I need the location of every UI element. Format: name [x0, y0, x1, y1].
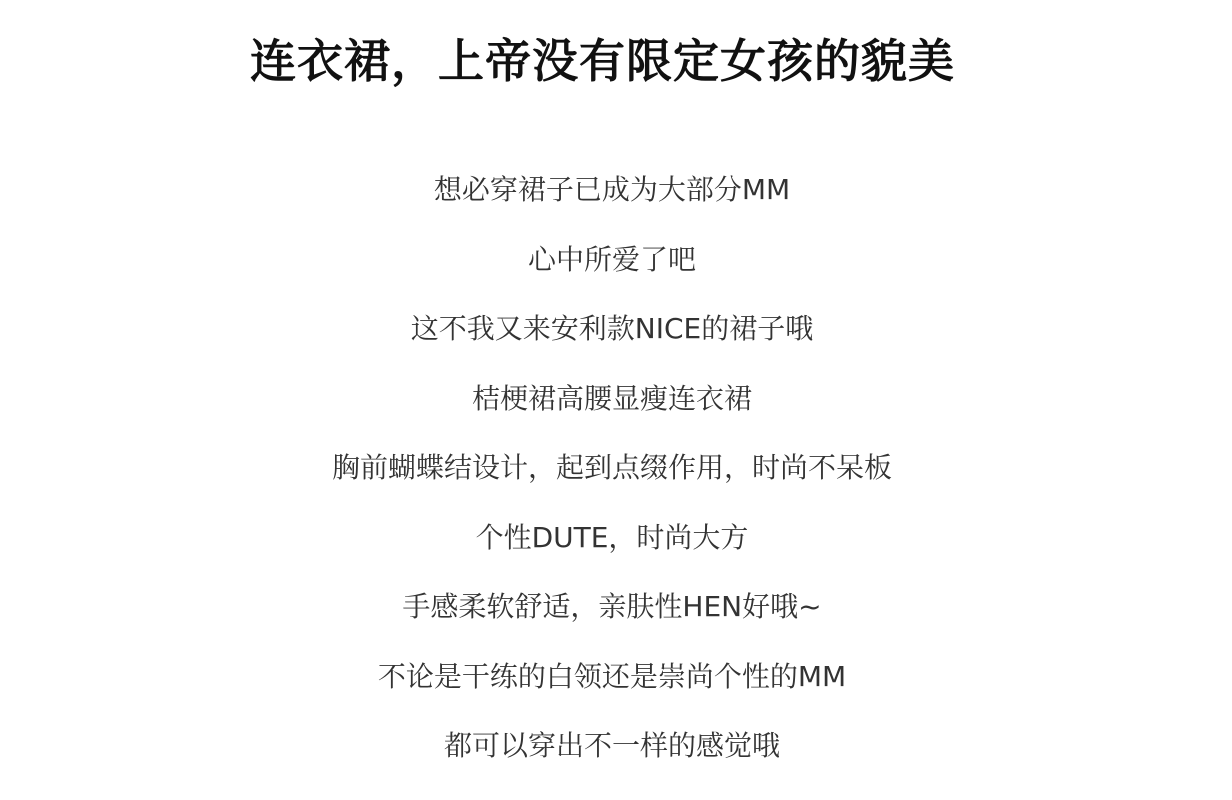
description-line: 心中所爱了吧 [0, 236, 1224, 306]
description-line: 这不我又来安利款NICE的裙子哦 [0, 305, 1224, 375]
description-line: 桔梗裙高腰显瘦连衣裙 [0, 375, 1224, 445]
description-line: 想必穿裙子已成为大部分MM [0, 166, 1224, 236]
description-lines: 想必穿裙子已成为大部分MM 心中所爱了吧 这不我又来安利款NICE的裙子哦 桔梗… [0, 166, 1224, 792]
description-line: 胸前蝴蝶结设计，起到点缀作用，时尚不呆板 [0, 444, 1224, 514]
description-line: 都可以穿出不一样的感觉哦 [0, 722, 1224, 792]
product-description-page: 连衣裙，上帝没有限定女孩的貌美 想必穿裙子已成为大部分MM 心中所爱了吧 这不我… [0, 0, 1232, 800]
description-line: 手感柔软舒适，亲肤性HEN好哦~ [0, 583, 1224, 653]
page-title: 连衣裙，上帝没有限定女孩的貌美 [0, 26, 1205, 96]
description-line: 个性DUTE，时尚大方 [0, 514, 1224, 584]
description-line: 不论是干练的白领还是崇尚个性的MM [0, 653, 1224, 723]
